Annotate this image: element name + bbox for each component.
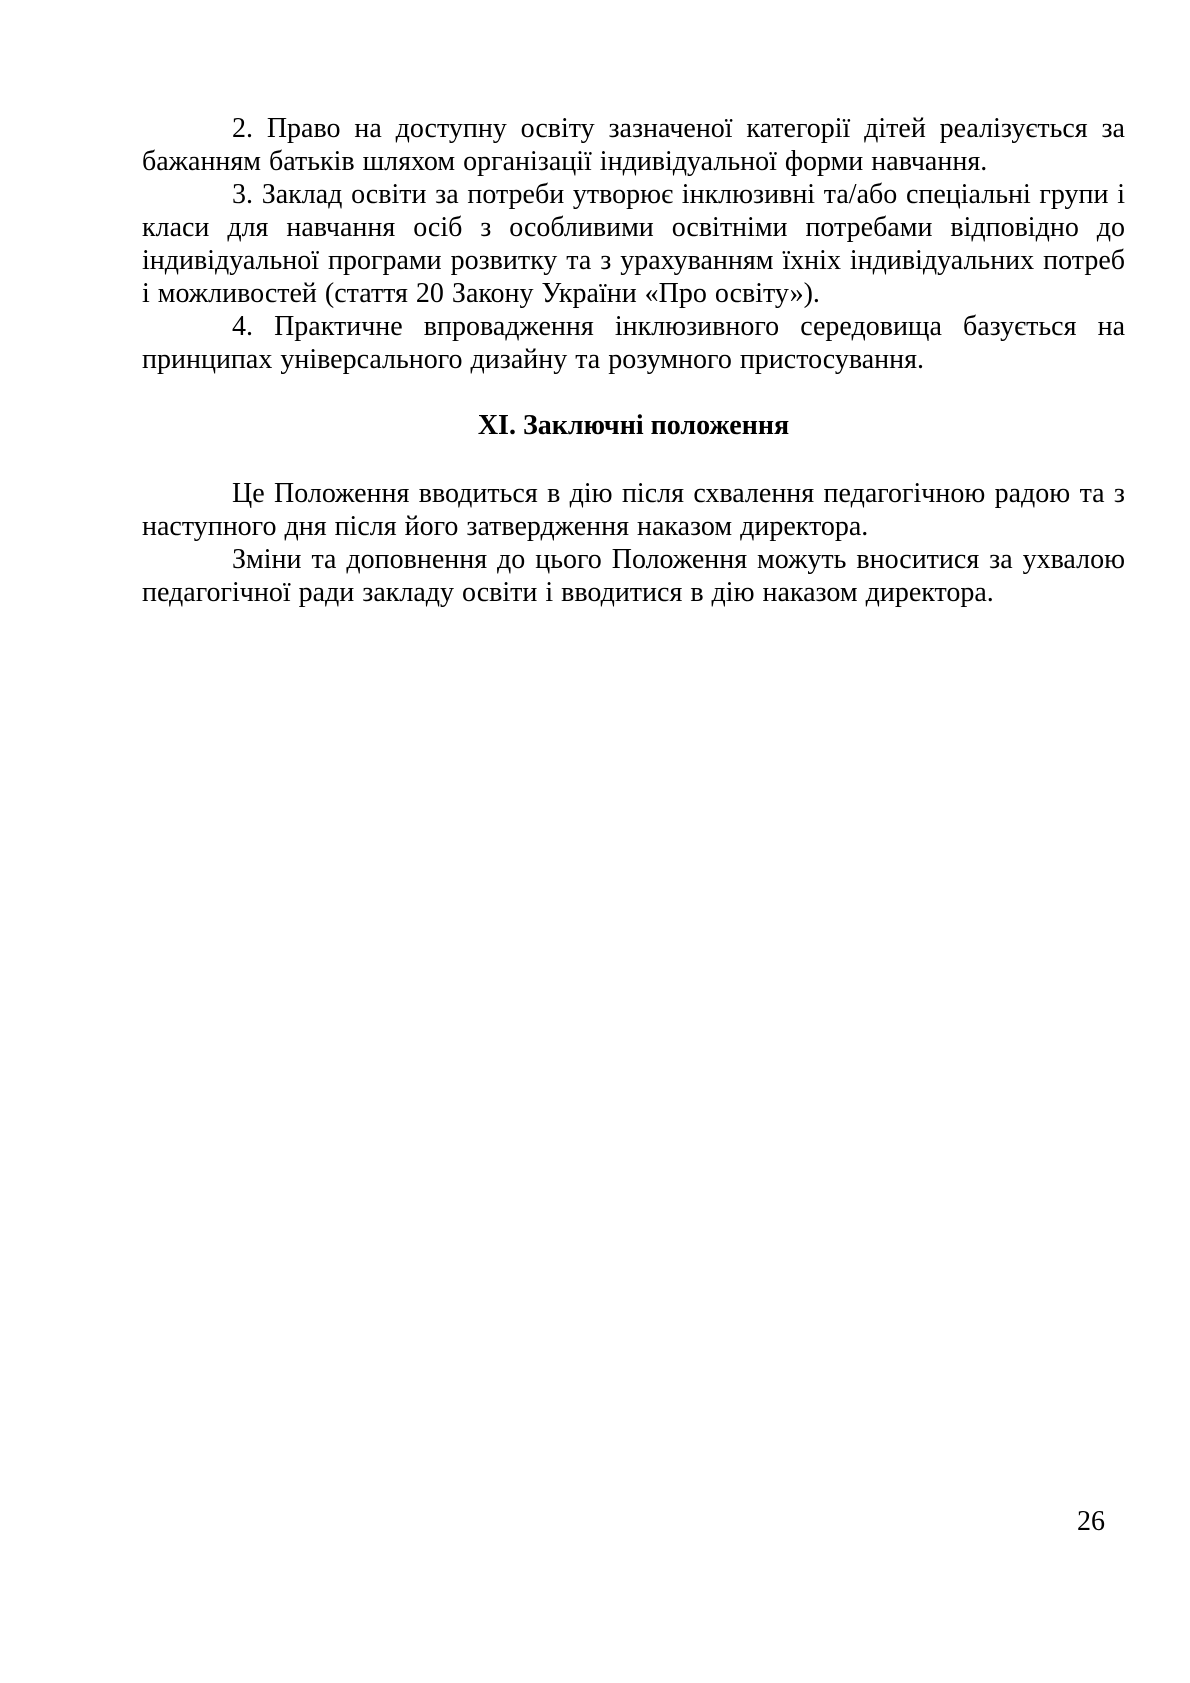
paragraph-item-4: 4. Практичне впровадження інклюзивного с… — [142, 310, 1125, 376]
document-page: 2. Право на доступну освіту зазначеної к… — [0, 0, 1190, 1683]
document-body: 2. Право на доступну освіту зазначеної к… — [142, 112, 1125, 609]
paragraph-amendments: Зміни та доповнення до цього Положення м… — [142, 543, 1125, 609]
paragraph-enactment: Це Положення вводиться в дію після схвал… — [142, 477, 1125, 543]
paragraph-item-3: 3. Заклад освіти за потреби утворює інкл… — [142, 178, 1125, 310]
paragraph-item-2: 2. Право на доступну освіту зазначеної к… — [142, 112, 1125, 178]
page-number: 26 — [1077, 1505, 1105, 1538]
section-heading-final-provisions: XI. Заключні положення — [142, 409, 1125, 442]
